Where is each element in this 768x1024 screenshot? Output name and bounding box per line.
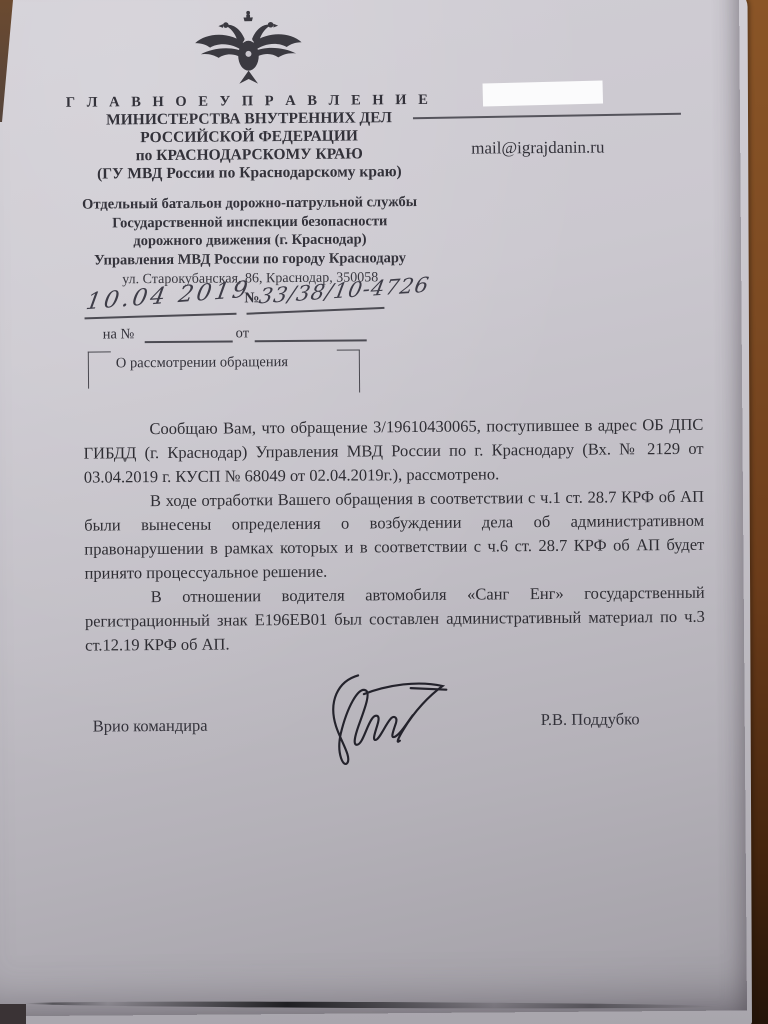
reply-date-underline <box>255 339 367 341</box>
number-underline <box>247 307 385 314</box>
org-name-line5: (ГУ МВД России по Краснодарскому краю) <box>33 163 465 184</box>
subject-line: О рассмотрении обращения <box>116 354 288 372</box>
division-line4: Управления МВД России по городу Краснода… <box>34 248 466 270</box>
desk-corner-bottomleft <box>0 1004 26 1024</box>
letterhead: Г Л А В Н О Е У П Р А В Л Е Н И Е МИНИСТ… <box>32 7 465 184</box>
body-paragraph-1: Сообщаю Вам, что обращение 3/19610430065… <box>83 413 704 490</box>
letter-body: Сообщаю Вам, что обращение 3/19610430065… <box>83 413 705 658</box>
letter-page: Г Л А В Н О Е У П Р А В Л Е Н И Е МИНИСТ… <box>0 0 747 1016</box>
signer-position: Врио командира <box>93 716 208 737</box>
body-paragraph-3: В отношении водителя автомобиля «Санг Ен… <box>85 581 706 658</box>
redaction-box <box>483 80 604 106</box>
subject-corner-mark-left <box>88 351 111 388</box>
reply-to-number-label: на № <box>103 326 135 343</box>
body-paragraph-2: В ходе отработки Вашего обращения в соот… <box>84 485 705 586</box>
handwritten-signature-icon <box>309 667 460 772</box>
division-line1: Отдельный батальон дорожно-патрульной сл… <box>34 193 466 215</box>
org-name-line1: Г Л А В Н О Е У П Р А В Л Е Н И Е <box>33 91 465 112</box>
reply-from-label: от <box>236 325 250 342</box>
date-underline <box>85 313 237 319</box>
mvd-eagle-emblem-icon <box>192 8 305 87</box>
reply-number-underline <box>145 340 233 342</box>
recipient-email: mail@igrajdanin.ru <box>471 138 604 159</box>
subject-corner-mark-right <box>337 349 360 392</box>
signer-name: Р.В. Поддубко <box>541 709 640 730</box>
